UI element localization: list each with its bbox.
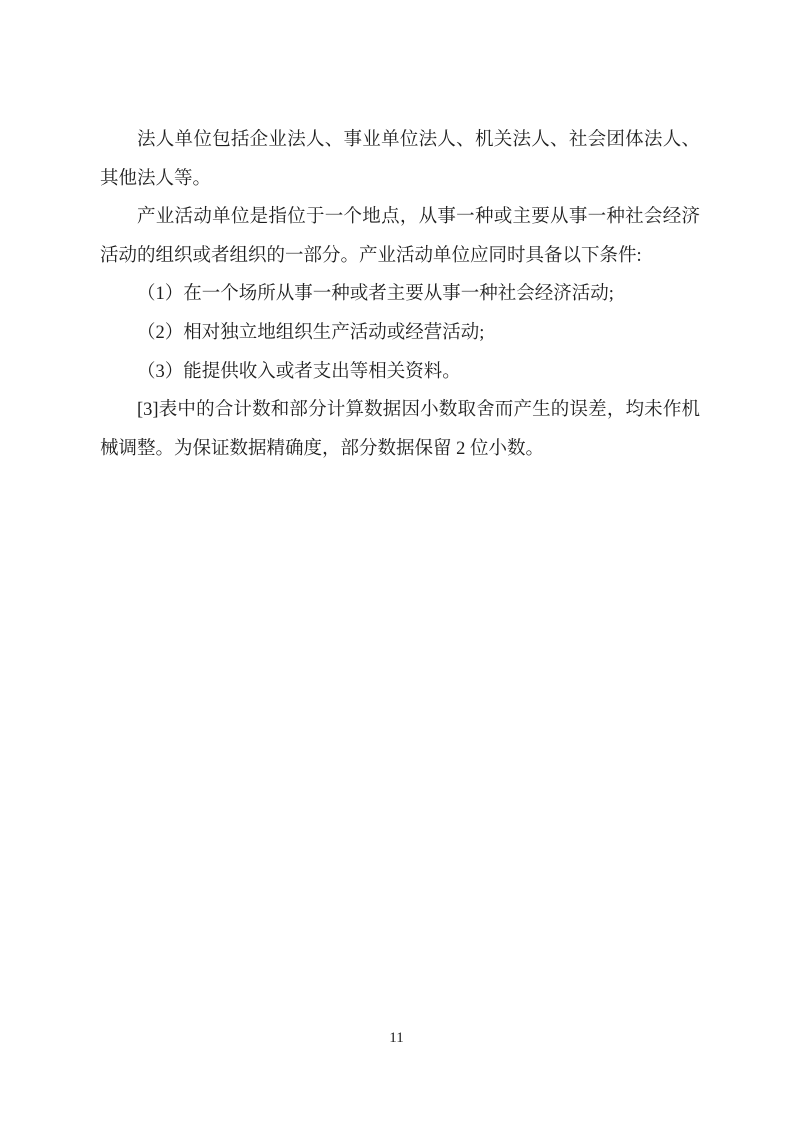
body-paragraph-industrial-activity-units: 产业活动单位是指位于一个地点，从事一种或主要从事一种社会经济活动的组织或者组织的… bbox=[100, 198, 700, 275]
list-item-condition-3: （3）能提供收入或者支出等相关资料。 bbox=[100, 353, 700, 392]
document-page: 法人单位包括企业法人、事业单位法人、机关法人、社会团体法人、其他法人等。 产业活… bbox=[0, 0, 793, 1122]
footnote-paragraph: [3]表中的合计数和部分计算数据因小数取舍而产生的误差，均未作机械调整。为保证数… bbox=[100, 391, 700, 468]
text-block: 法人单位包括企业法人、事业单位法人、机关法人、社会团体法人、其他法人等。 产业活… bbox=[100, 121, 700, 468]
list-item-condition-1: （1）在一个场所从事一种或者主要从事一种社会经济活动; bbox=[100, 275, 700, 314]
list-item-condition-2: （2）相对独立地组织生产活动或经营活动; bbox=[100, 314, 700, 353]
body-paragraph-legal-units: 法人单位包括企业法人、事业单位法人、机关法人、社会团体法人、其他法人等。 bbox=[100, 121, 700, 198]
page-number: 11 bbox=[389, 1030, 403, 1046]
page-footer: 11 bbox=[0, 1028, 793, 1048]
